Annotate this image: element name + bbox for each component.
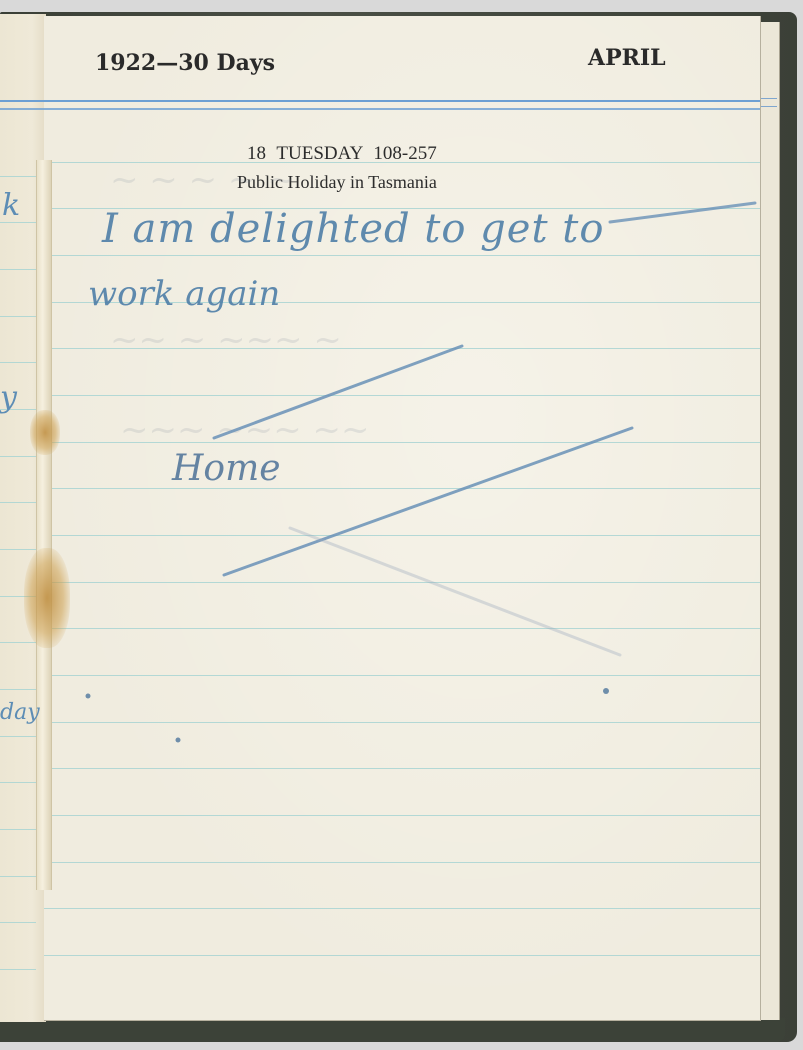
left-ruled-line (0, 316, 36, 317)
left-ruled-line (0, 502, 36, 503)
left-page-fragment: k (2, 188, 20, 223)
left-ruled-line (0, 689, 36, 690)
left-ruled-line (0, 829, 36, 830)
left-ruled-line (0, 642, 36, 643)
ruled-line (44, 908, 760, 909)
header-rule-top (0, 100, 760, 102)
month-heading: APRIL (588, 45, 666, 71)
left-page-fragment: day (0, 700, 40, 725)
left-page-fragment: y (0, 380, 17, 415)
handwritten-line-1: I am delighted to get to (102, 206, 604, 252)
show-through-text: ~ ~ ~ ~ ~ (110, 160, 296, 200)
ruled-line (44, 675, 760, 676)
glue-stain (24, 548, 70, 648)
left-ruled-line (0, 456, 36, 457)
ruled-line (44, 255, 760, 256)
handwritten-line-2: work again (88, 274, 280, 314)
ruled-line (44, 395, 760, 396)
left-ruled-line (0, 176, 36, 177)
day-count: 108-257 (373, 143, 436, 164)
left-ruled-line (0, 782, 36, 783)
ruled-line (44, 768, 760, 769)
ruled-line (44, 815, 760, 816)
show-through-text: ~~ ~ ~~~ ~ (110, 320, 342, 360)
ruled-line (44, 955, 760, 956)
ruled-line (44, 862, 760, 863)
left-ruled-line (0, 362, 36, 363)
left-ruled-line (0, 922, 36, 923)
left-ruled-line (0, 736, 36, 737)
show-through-text: ~~~ ~~~ ~~ (120, 410, 370, 450)
left-ruled-line (0, 269, 36, 270)
left-ruled-line (0, 876, 36, 877)
ruled-line (44, 722, 760, 723)
diary-cover-bottom-edge (0, 1018, 785, 1042)
page-gutter-fold (36, 160, 52, 890)
glue-stain (30, 410, 60, 455)
year-days-heading: 1922—30 Days (95, 50, 275, 76)
ruled-line (44, 535, 760, 536)
header-rule-bottom (0, 108, 760, 110)
handwritten-line-3: Home (172, 448, 281, 489)
left-ruled-line (0, 549, 36, 550)
ruled-line (44, 488, 760, 489)
ruled-line (44, 628, 760, 629)
left-ruled-line (0, 969, 36, 970)
ruled-line (44, 582, 760, 583)
